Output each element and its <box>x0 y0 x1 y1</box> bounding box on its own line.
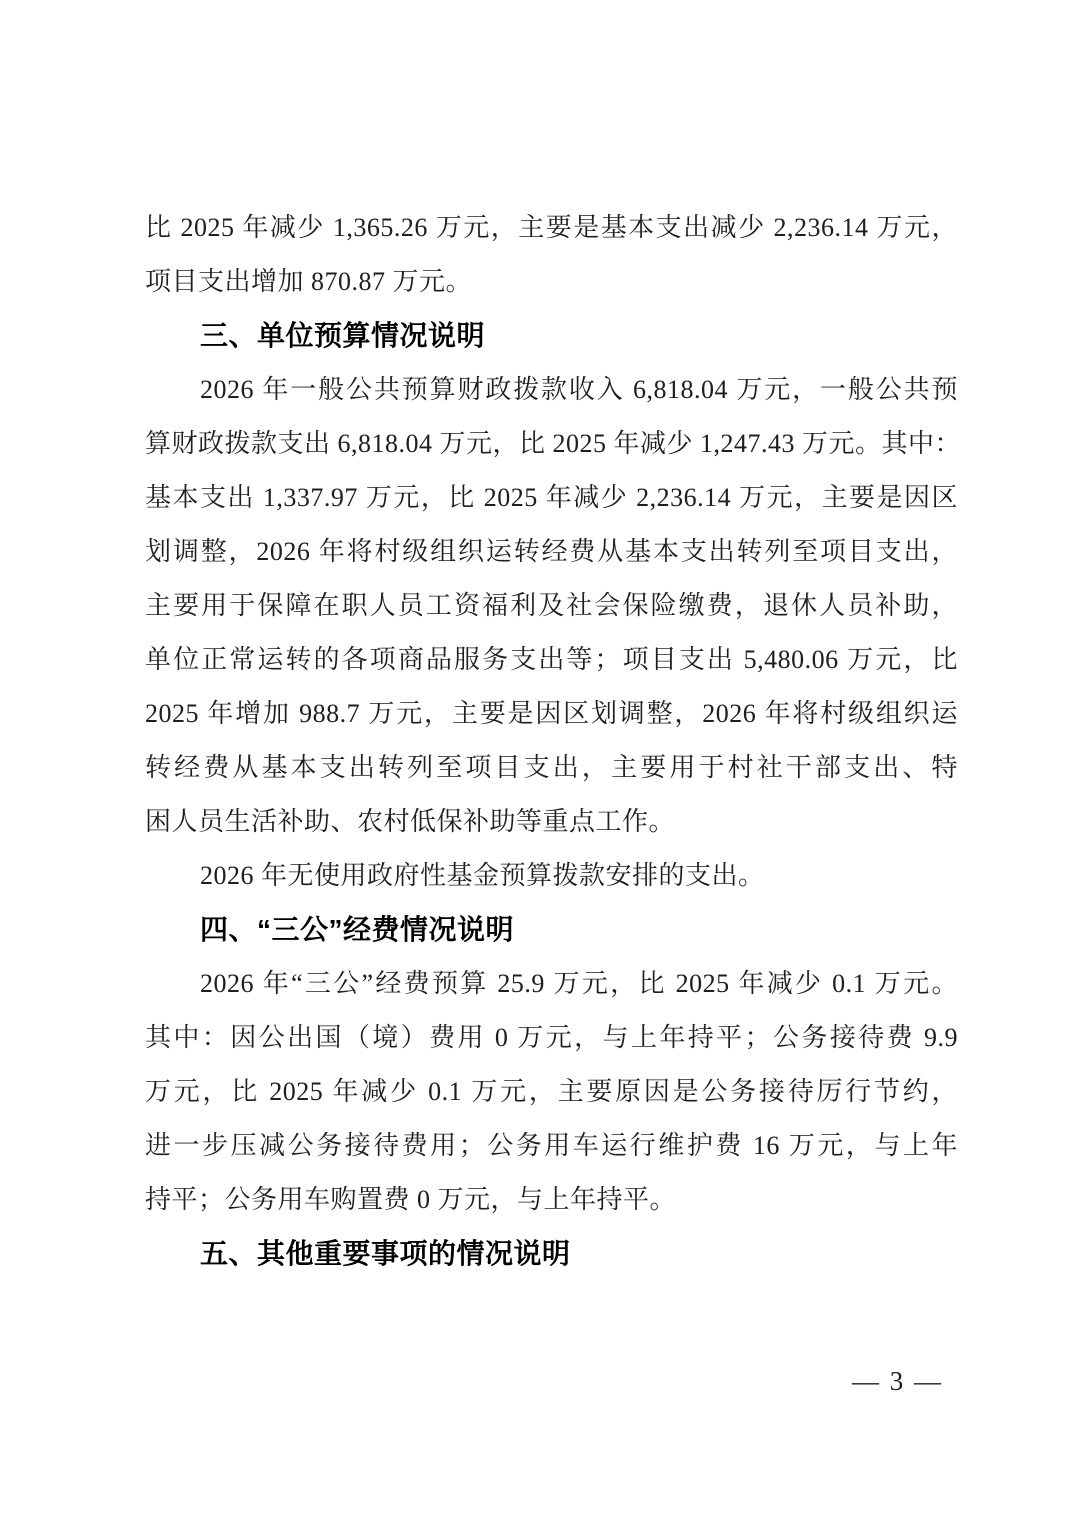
text-line: 持平；公务用车购置费 0 万元，与上年持平。 <box>145 1173 958 1227</box>
text-line: 比 2025 年减少 1,365.26 万元，主要是基本支出减少 2,236.1… <box>145 201 958 255</box>
text-line: 其中：因公出国（境）费用 0 万元，与上年持平；公务接待费 9.9 <box>145 1011 958 1065</box>
text-line: 主要用于保障在职人员工资福利及社会保险缴费，退休人员补助， <box>145 579 958 633</box>
text-line: 转经费从基本支出转列至项目支出，主要用于村社干部支出、特 <box>145 741 958 795</box>
section-heading-2: 四、“三公”经费情况说明 <box>145 903 958 957</box>
text-line: 困人员生活补助、农村低保补助等重点工作。 <box>145 795 958 849</box>
text-line: 单位正常运转的各项商品服务支出等；项目支出 5,480.06 万元，比 <box>145 633 958 687</box>
text-line: 2026 年“三公”经费预算 25.9 万元，比 2025 年减少 0.1 万元… <box>145 957 958 1011</box>
text-line: 算财政拨款支出 6,818.04 万元，比 2025 年减少 1,247.43 … <box>145 417 958 471</box>
section-heading-1: 三、单位预算情况说明 <box>145 309 958 363</box>
text-line: 2025 年增加 988.7 万元，主要是因区划调整，2026 年将村级组织运 <box>145 687 958 741</box>
document-page: 比 2025 年减少 1,365.26 万元，主要是基本支出减少 2,236.1… <box>0 0 1074 1520</box>
text-line: 基本支出 1,337.97 万元，比 2025 年减少 2,236.14 万元，… <box>145 471 958 525</box>
text-line: 2026 年一般公共预算财政拨款收入 6,818.04 万元，一般公共预 <box>145 363 958 417</box>
section-heading-3: 五、其他重要事项的情况说明 <box>145 1227 958 1281</box>
document-body: 比 2025 年减少 1,365.26 万元，主要是基本支出减少 2,236.1… <box>145 201 958 1281</box>
page-number: — 3 — <box>852 1366 943 1396</box>
page-footer: — 3 — <box>852 1354 943 1408</box>
text-line: 项目支出增加 870.87 万元。 <box>145 255 958 309</box>
text-line: 进一步压减公务接待费用；公务用车运行维护费 16 万元，与上年 <box>145 1119 958 1173</box>
text-line: 划调整，2026 年将村级组织运转经费从基本支出转列至项目支出， <box>145 525 958 579</box>
text-line: 2026 年无使用政府性基金预算拨款安排的支出。 <box>145 849 958 903</box>
text-line: 万元，比 2025 年减少 0.1 万元，主要原因是公务接待厉行节约， <box>145 1065 958 1119</box>
